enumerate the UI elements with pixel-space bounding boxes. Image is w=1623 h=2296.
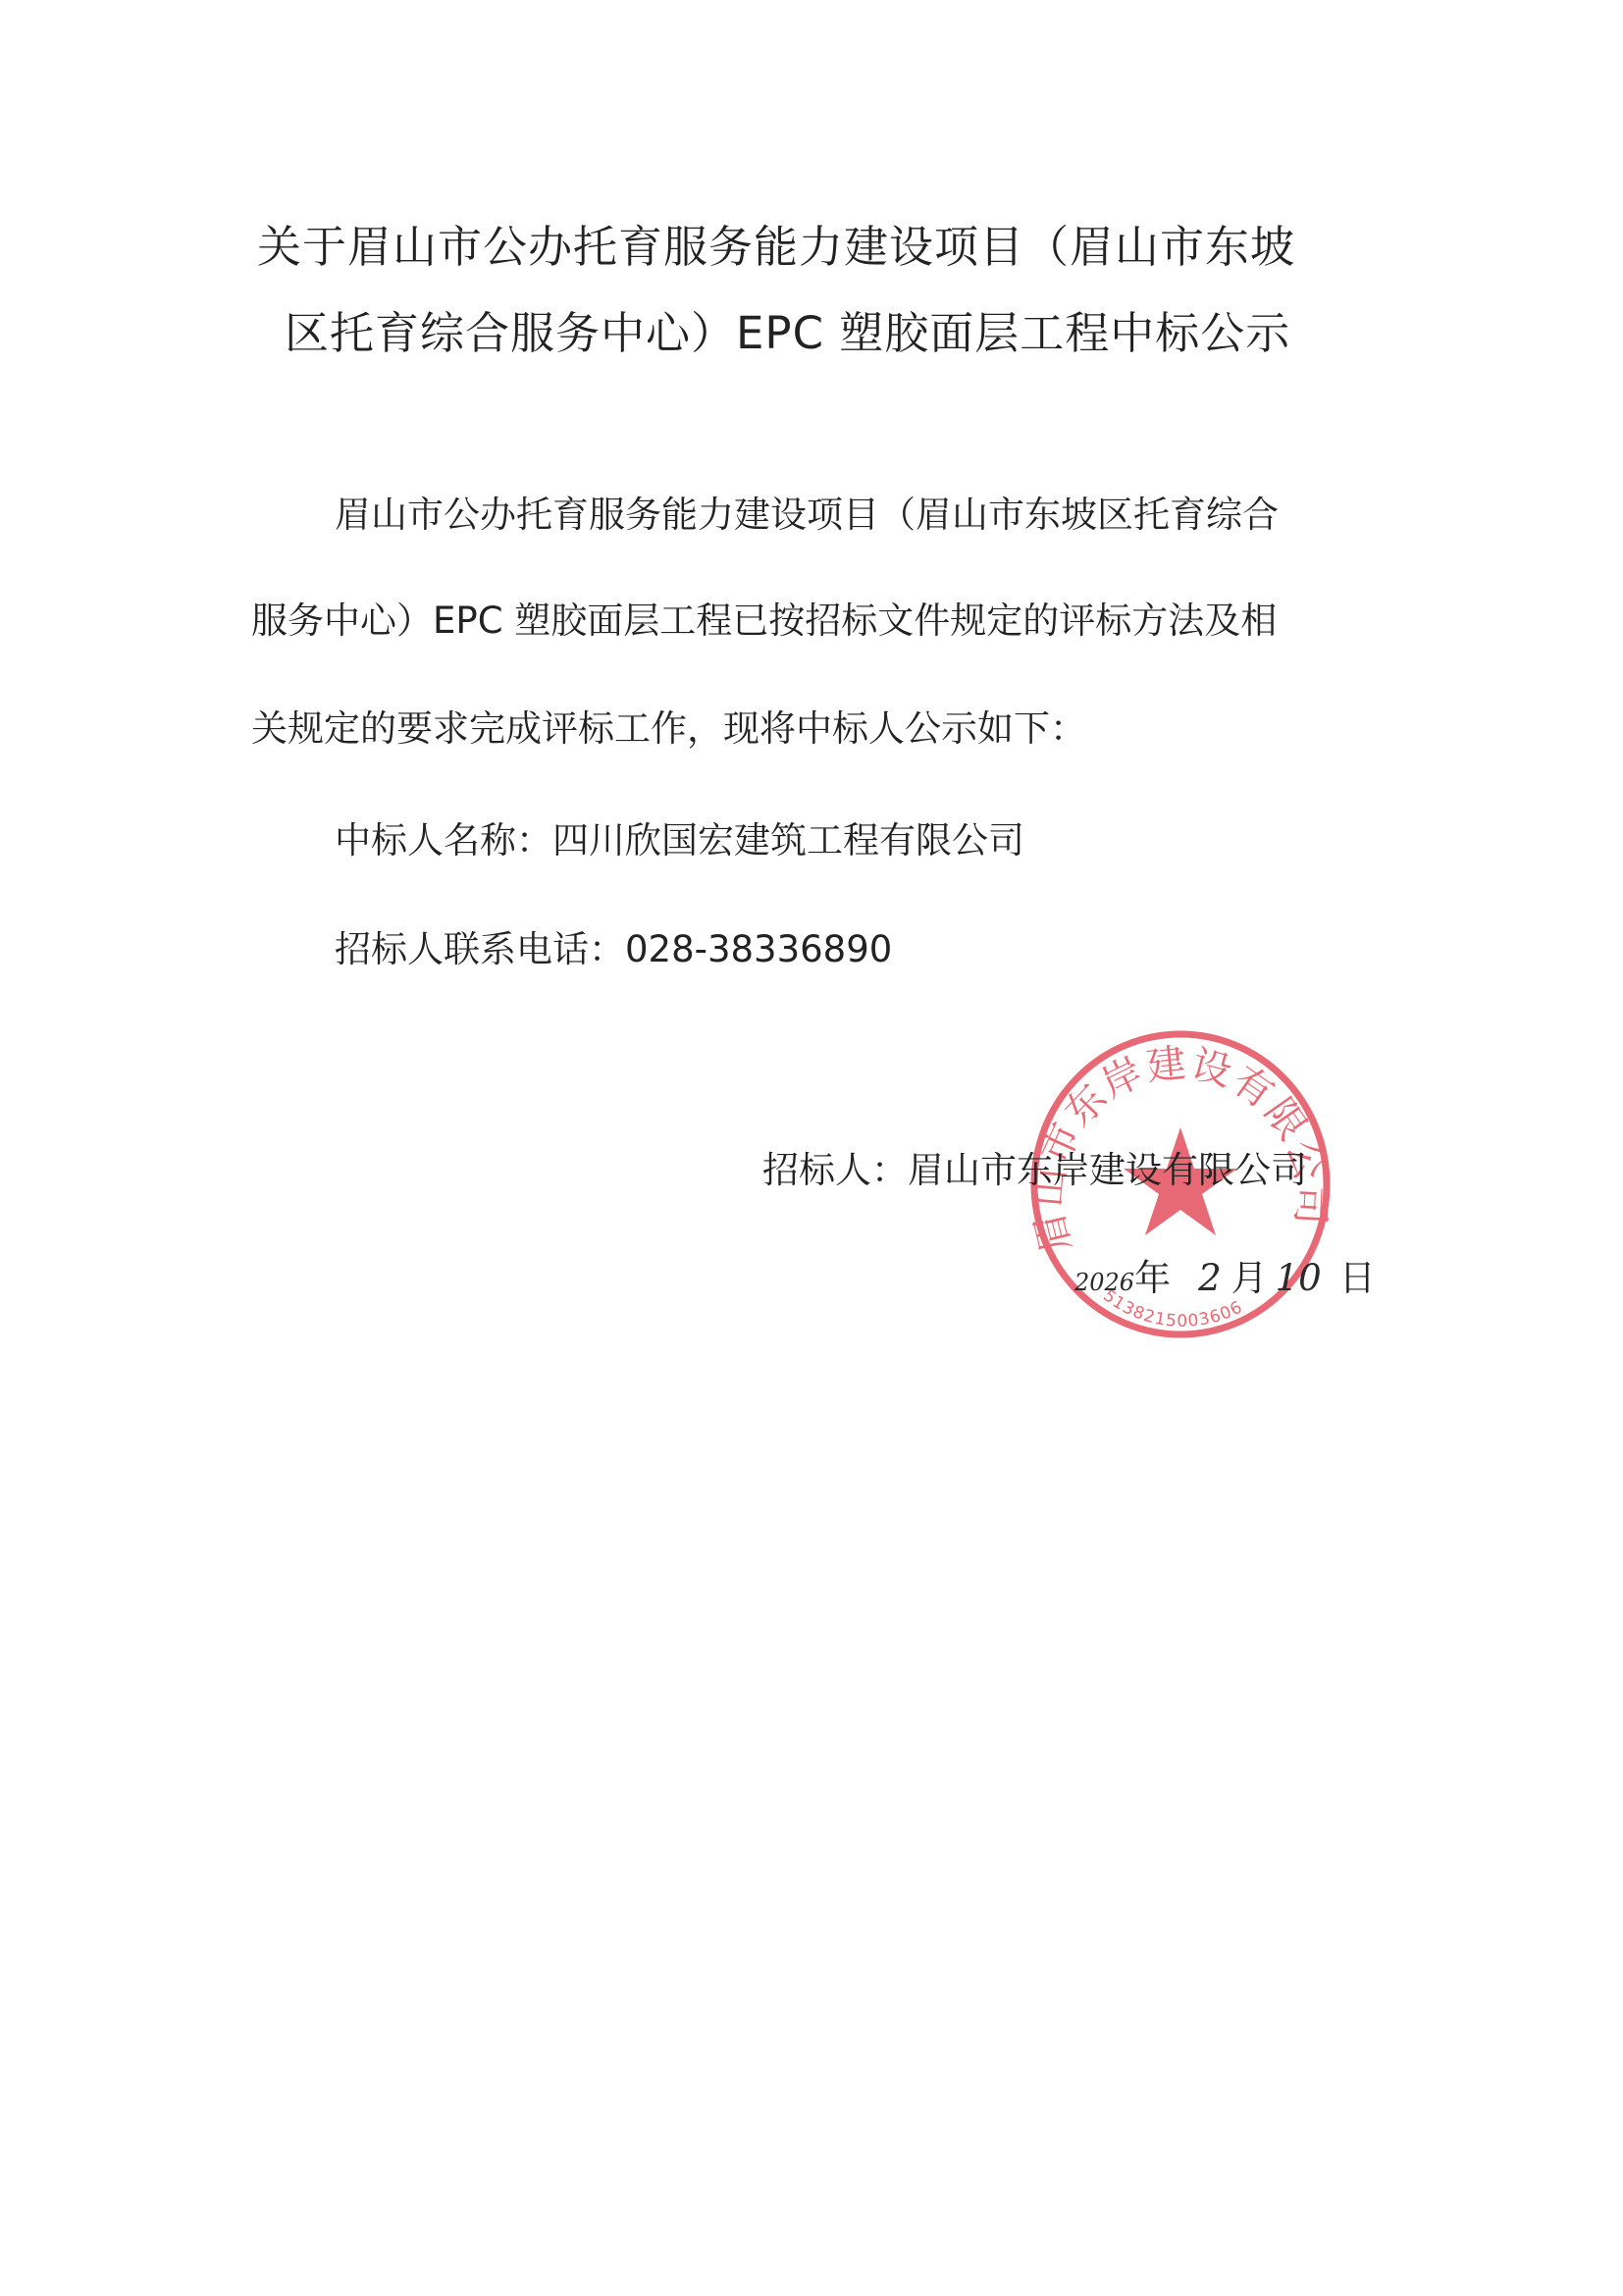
signature-company: 眉山市东岸建设有限公司 xyxy=(908,1149,1307,1191)
body-paragraph-line-1: 眉山市公办托育服务能力建设项目（眉山市东坡区托育综合 xyxy=(335,491,1279,540)
contact-phone-number: 028-38336890 xyxy=(625,928,892,970)
winner-name: 四川欣国宏建筑工程有限公司 xyxy=(552,819,1024,861)
date-month-unit: 月 xyxy=(1231,1257,1268,1299)
date-year-unit: 年 xyxy=(1134,1257,1171,1299)
body-paragraph-line-2: 服务中心）EPC 塑胶面层工程已按招标文件规定的评标方法及相 xyxy=(251,597,1277,646)
document-title-line-2: 区托育综合服务中心）EPC 塑胶面层工程中标公示 xyxy=(285,304,1290,363)
document-title-line-1: 关于眉山市公办托育服务能力建设项目（眉山市东坡 xyxy=(257,218,1295,277)
body-paragraph-line-3: 关规定的要求完成评标工作，现将中标人公示如下： xyxy=(251,704,1086,754)
date-day: 10 xyxy=(1276,1257,1322,1299)
winner-line: 中标人名称：四川欣国宏建筑工程有限公司 xyxy=(335,816,1024,865)
date-month: 2 xyxy=(1198,1257,1222,1299)
date-year: 2026 xyxy=(1074,1269,1134,1296)
contact-phone-label: 招标人联系电话： xyxy=(335,928,625,970)
date-day-unit: 日 xyxy=(1339,1257,1376,1299)
signature-line: 招标人：眉山市东岸建设有限公司 xyxy=(762,1146,1307,1195)
document-page: 关于眉山市公办托育服务能力建设项目（眉山市东坡 区托育综合服务中心）EPC 塑胶… xyxy=(0,0,1623,2296)
signature-date: 2026年2月10日 xyxy=(1074,1254,1376,1307)
winner-label: 中标人名称： xyxy=(335,819,552,861)
signature-label: 招标人： xyxy=(762,1149,908,1191)
contact-phone-line: 招标人联系电话：028-38336890 xyxy=(335,925,892,974)
